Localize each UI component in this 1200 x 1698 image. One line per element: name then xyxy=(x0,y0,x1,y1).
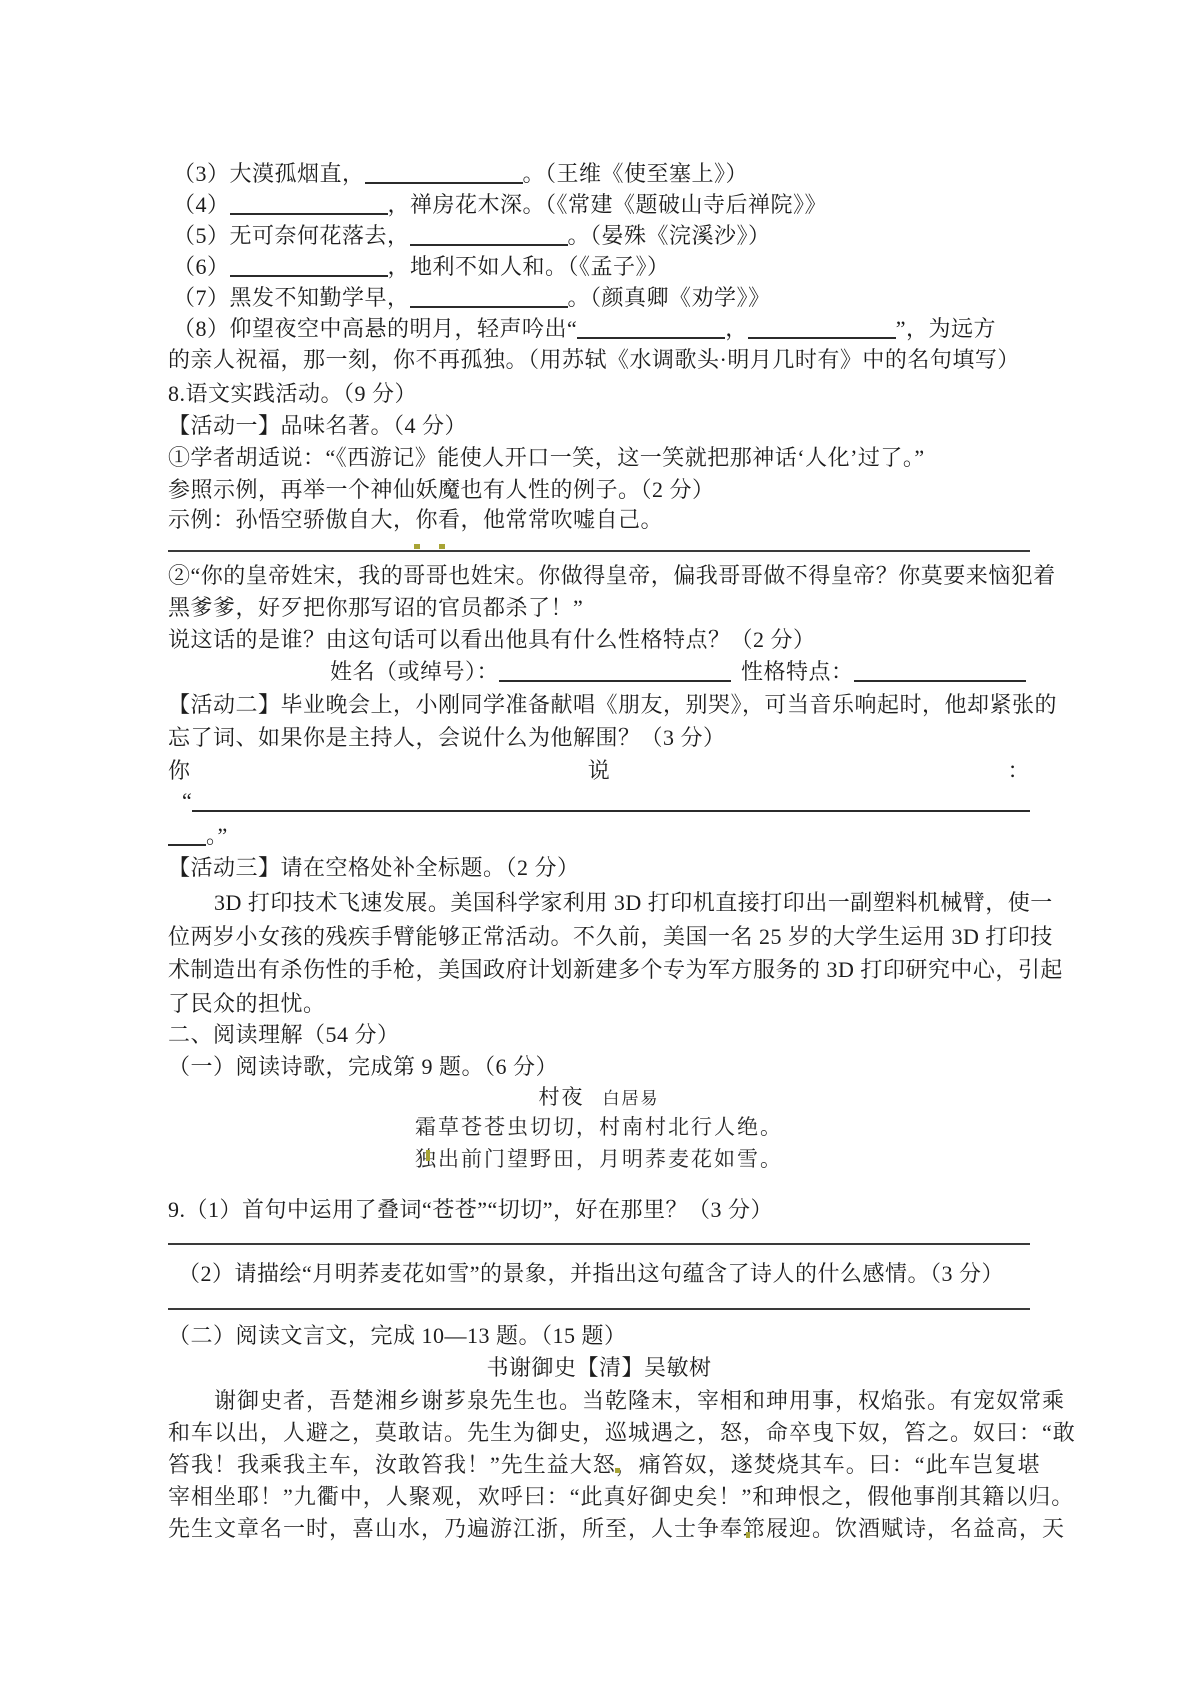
fill-in-blank xyxy=(410,286,568,308)
recitation-item-5-post: 。（晏殊《浣溪沙》） xyxy=(568,223,771,248)
recitation-item-5-pre: （5）无可奈何花落去， xyxy=(173,223,410,248)
poem-line-1: 霜草苍苍虫切切，村南村北行人绝。 xyxy=(168,1114,1030,1141)
recitation-item-7-pre: （7）黑发不知勤学早， xyxy=(173,285,410,310)
recitation-item-3-post: 。（王维《使至塞上》） xyxy=(523,161,749,186)
recitation-item-6-pre: （6） xyxy=(173,254,230,279)
recitation-item-3-pre: （3）大漠孤烟直， xyxy=(173,161,365,186)
activity2-line2: 忘了词、如果你是主持人，会说什么为他解围？（3 分） xyxy=(168,724,726,751)
answer-separator-line xyxy=(168,1243,1030,1245)
activity2-answer-rule xyxy=(192,810,1030,812)
question9-part2: （2）请描绘“月明荞麦花如雪”的景象，并指出这句蕴含了诗人的什么感情。（3 分） xyxy=(178,1260,1004,1287)
recitation-item-8-mid: ， xyxy=(725,316,748,341)
recitation-item-7: （7）黑发不知勤学早，。（颜真卿《劝学》》 xyxy=(173,284,771,311)
activity3-heading: 【活动三】请在空格处补全标题。（2 分） xyxy=(168,854,580,881)
fill-in-blank xyxy=(410,224,568,246)
recitation-item-4-post: ，禅房花木深。（《常建《题破山寺后禅院》》 xyxy=(388,192,828,217)
scan-mark-dot xyxy=(414,544,420,549)
recitation-item-8-pre: （8）仰望夜空中高悬的明月，轻声吟出“ xyxy=(173,316,577,341)
activity2-colon: ： xyxy=(1007,757,1030,784)
fill-in-blank xyxy=(230,193,388,215)
practice-heading: 8.语文实践活动。（9 分） xyxy=(168,380,417,407)
trait-label: 性格特点： xyxy=(741,659,854,684)
classical-text-line3: 笞我！我乘我主车，汝敢笞我！”先生益大怒，痛笞奴，遂焚烧其车。曰：“此车岂复堪 xyxy=(168,1451,1041,1478)
name-blank xyxy=(499,660,731,682)
poem-line-2: 独出前门望野田，月明荞麦花如雪。 xyxy=(168,1146,1030,1173)
reading-part2-heading: （二）阅读文言文，完成 10—13 题。（15 题） xyxy=(168,1322,627,1349)
name-label: 姓名（或绰号）： xyxy=(330,659,499,684)
reading-section-heading: 二、阅读理解（54 分） xyxy=(168,1021,400,1048)
activity2-line1: 【活动二】毕业晚会上，小刚同学准备献唱《朋友，别哭》，可当音乐响起时，他却紧张的 xyxy=(168,691,1057,718)
activity1-question2-quote2: 黑爹爹，好歹把你那写诏的官员都杀了！” xyxy=(168,594,583,621)
activity1-question2-quote1: ②“你的皇帝姓宋，我的哥哥也姓宋。你做得皇帝，偏我哥哥做不得皇帝？你莫要来恼犯着 xyxy=(168,562,1056,589)
scan-mark-tick xyxy=(426,1150,430,1161)
fill-in-blank xyxy=(230,255,388,277)
recitation-item-8-continuation: 的亲人祝福，那一刻，你不再孤独。（用苏轼《水调歌头·明月几时有》中的名句填写） xyxy=(168,346,1020,373)
poem-author: 白居易 xyxy=(603,1089,660,1108)
recitation-item-3: （3）大漠孤烟直，。（王维《使至塞上》） xyxy=(173,160,748,187)
activity1-heading: 【活动一】品味名著。（4 分） xyxy=(168,412,467,439)
question9-part1: 9.（1）首句中运用了叠词“苍苍”“切切”，好在那里？（3 分） xyxy=(168,1196,773,1223)
classical-text-line1: 谢御史者，吾楚湘乡谢芗泉先生也。当乾隆末，宰相和珅用事，权焰张。有宠奴常乘 xyxy=(214,1387,1065,1414)
fill-in-blank xyxy=(748,317,896,339)
activity2-you: 你 xyxy=(168,757,191,784)
trait-blank xyxy=(854,660,1026,682)
recitation-item-7-post: 。（颜真卿《劝学》》 xyxy=(568,285,771,310)
poem-title: 村夜 xyxy=(539,1085,585,1109)
activity2-answer-frame: 你 说 ： xyxy=(168,757,1030,784)
recitation-item-6: （6），地利不如人和。（《孟子》） xyxy=(173,253,670,280)
answer-separator-line xyxy=(168,1308,1030,1310)
scan-mark-dot xyxy=(439,544,445,549)
fill-in-blank xyxy=(577,317,725,339)
exam-paper-page: （3）大漠孤烟直，。（王维《使至塞上》） （4），禅房花木深。（《常建《题破山寺… xyxy=(0,0,1200,1698)
reading-part1-heading: （一）阅读诗歌，完成第 9 题。（6 分） xyxy=(168,1053,558,1080)
scan-mark-dot xyxy=(615,1468,620,1473)
exam-content-column: （3）大漠孤烟直，。（王维《使至塞上》） （4），禅房花木深。（《常建《题破山寺… xyxy=(168,0,1030,1698)
answer-separator-line xyxy=(168,550,1030,552)
fill-in-blank xyxy=(168,824,206,846)
recitation-item-8-post: ”，为远方 xyxy=(896,316,996,341)
recitation-item-8: （8）仰望夜空中高悬的明月，轻声吟出“，”，为远方 xyxy=(173,315,996,342)
scan-mark-dot xyxy=(746,1532,750,1538)
classical-text-line2: 和车以出，人避之，莫敢诘。先生为御史，巡城遇之，怒，命卒曳下奴，笞之。奴曰：“敢 xyxy=(168,1419,1076,1446)
classical-text-line5: 先生文章名一时，喜山水，乃遍游江浙，所至，人士争奉筇屐迎。饮酒赋诗，名益高，天 xyxy=(168,1515,1065,1542)
activity2-quote-close-line: 。” xyxy=(168,822,228,849)
activity3-paragraph-line4: 了民众的担忧。 xyxy=(168,990,326,1017)
activity2-quote-close: 。” xyxy=(206,823,228,848)
activity3-paragraph-line1: 3D 打印技术飞速发展。美国科学家利用 3D 打印机直接打印出一副塑料机械臂，使… xyxy=(214,889,1053,916)
recitation-item-4-pre: （4） xyxy=(173,192,230,217)
activity1-question2-prompt: 说这话的是谁？由这句话可以看出他具有什么性格特点？（2 分） xyxy=(168,626,816,653)
recitation-item-6-post: ，地利不如人和。（《孟子》） xyxy=(388,254,670,279)
activity1-example: 示例：孙悟空骄傲自大，你看，他常常吹嘘自己。 xyxy=(168,506,663,533)
activity1-question1: ①学者胡适说：“《西游记》能使人开口一笑，这一笑就把那神话‘人化’过了。” xyxy=(168,444,925,471)
classical-text-line4: 宰相坐耶！”九衢中，人聚观，欢呼曰：“此真好御史矣！”和珅恨之，假他事削其籍以归… xyxy=(168,1483,1074,1510)
activity3-paragraph-line2: 位两岁小女孩的残疾手臂能够正常活动。不久前，美国一名 25 岁的大学生运用 3D… xyxy=(168,923,1053,950)
activity3-paragraph-line3: 术制造出有杀伤性的手枪，美国政府计划新建多个专为军方服务的 3D 打印研究中心，… xyxy=(168,956,1063,983)
poem-title-line: 村夜白居易 xyxy=(168,1083,1030,1112)
activity2-say: 说 xyxy=(588,757,611,784)
activity1-answer-line: 姓名（或绰号）： 性格特点： xyxy=(330,658,1026,685)
activity2-quote-open: “ xyxy=(182,787,192,814)
recitation-item-4: （4），禅房花木深。（《常建《题破山寺后禅院》》 xyxy=(173,191,827,218)
recitation-item-5: （5）无可奈何花落去，。（晏殊《浣溪沙》） xyxy=(173,222,771,249)
classical-text-title: 书谢御史【清】吴敏树 xyxy=(168,1354,1030,1381)
activity1-question1-instruction: 参照示例，再举一个神仙妖魔也有人性的例子。（2 分） xyxy=(168,476,715,503)
fill-in-blank xyxy=(365,162,523,184)
